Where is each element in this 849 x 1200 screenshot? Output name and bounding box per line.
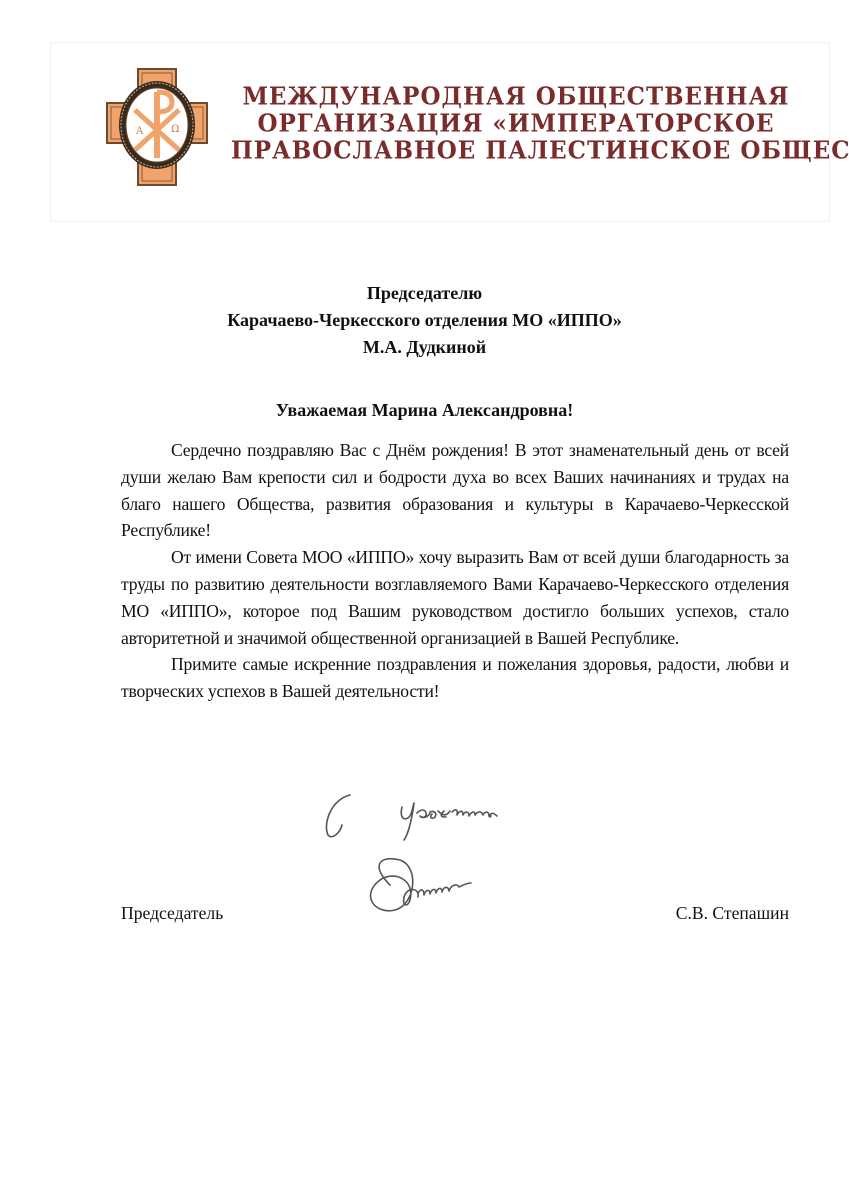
- organization-title: Международная общественная организация «…: [231, 83, 801, 164]
- letterhead: Α Ω Международная общественная организац…: [50, 42, 830, 222]
- signatory-name: С.В. Степашин: [676, 900, 789, 926]
- body-paragraph-2: От имени Совета МОО «ИППО» хочу выразить…: [121, 544, 789, 651]
- org-title-line-2: организация «Императорское: [231, 109, 801, 137]
- salutation: Уважаемая Марина Александровна!: [0, 397, 849, 424]
- org-title-line-1: Международная общественная: [231, 82, 801, 110]
- body-paragraph-3: Примите самые искренние поздравления и п…: [121, 651, 789, 705]
- addressee-organization: Карачаево-Черкесского отделения МО «ИППО…: [0, 307, 849, 334]
- svg-text:Ω: Ω: [171, 124, 179, 135]
- signatory-role: Председатель: [121, 900, 223, 926]
- org-title-line-3: Православное Палестинское общество»: [231, 136, 801, 164]
- addressee-title: Председателю: [0, 280, 849, 307]
- body-paragraph-1: Сердечно поздравляю Вас с Днём рождения!…: [121, 437, 789, 544]
- addressee-block: Председателю Карачаево-Черкесского отдел…: [0, 280, 849, 361]
- letter-body: Сердечно поздравляю Вас с Днём рождения!…: [121, 437, 789, 705]
- chi-rho-cross-emblem-icon: Α Ω: [106, 68, 208, 186]
- addressee-name: М.А. Дудкиной: [0, 334, 849, 361]
- svg-text:Α: Α: [135, 126, 144, 137]
- handwritten-signature-icon: [320, 785, 580, 925]
